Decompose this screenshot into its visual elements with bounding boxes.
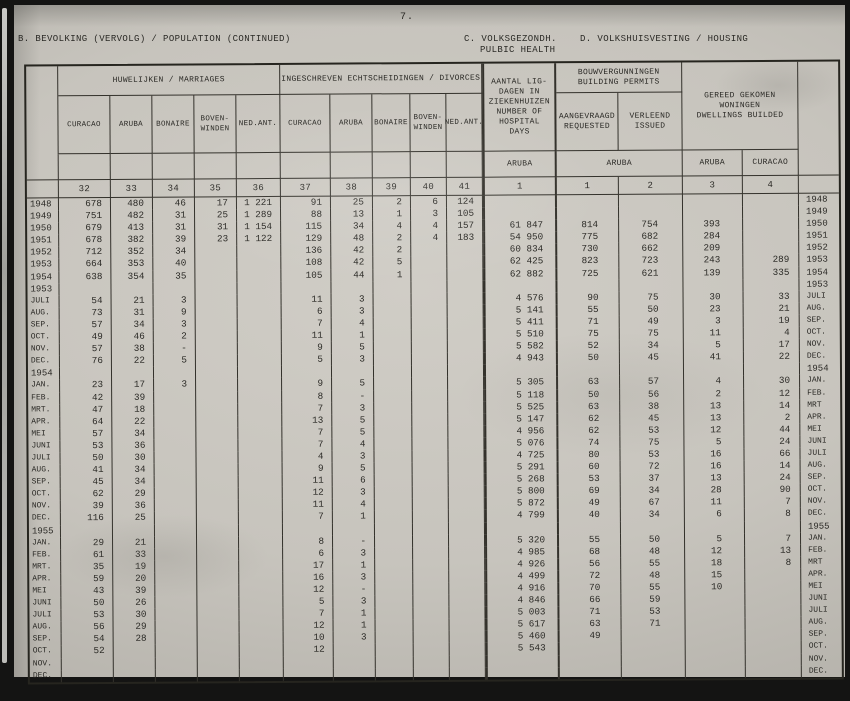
table-cell: 115 — [281, 221, 331, 233]
table-cell: 4 725 — [484, 449, 558, 462]
table-cell — [196, 403, 238, 415]
table-cell: 5 — [373, 257, 411, 269]
row-label-right: JUNI — [801, 593, 841, 605]
table-cell: 7 — [282, 402, 332, 414]
table-cell: 30 — [684, 291, 744, 303]
table-cell: 9 — [283, 463, 333, 475]
table-cell: 24 — [744, 436, 800, 448]
column-number-cell — [799, 176, 839, 194]
table-cell: 75 — [620, 328, 684, 340]
table-cell: 34 — [113, 464, 155, 476]
table-cell — [198, 633, 240, 645]
table-cell — [414, 668, 450, 680]
table-cell: 19 — [744, 315, 800, 327]
column-number: 32 — [59, 180, 111, 198]
row-label-left: AUG. — [30, 622, 62, 634]
table-cell: 23 — [684, 303, 744, 315]
table-cell: 7 — [282, 318, 332, 330]
table-cell — [413, 535, 449, 547]
table-cell — [413, 498, 449, 510]
table-cell: 8 — [283, 535, 333, 547]
row-label-right: FEB. — [800, 387, 840, 399]
table-cell — [237, 257, 281, 269]
table-cell: 63 — [558, 376, 620, 388]
table-cell: 1 122 — [237, 233, 281, 245]
table-cell: 76 — [60, 355, 112, 367]
table-cell — [239, 584, 283, 596]
table-cell: 22 — [744, 351, 800, 363]
table-cell — [374, 353, 412, 365]
table-cell: 90 — [745, 484, 801, 496]
column-number: 33 — [111, 180, 153, 198]
table-cell — [197, 487, 239, 499]
row-label-left: JULI — [29, 609, 61, 621]
table-cell — [745, 569, 801, 581]
table-cell: 3 — [154, 318, 196, 330]
table-cell — [374, 450, 412, 462]
table-cell — [374, 414, 412, 426]
table-cell: 5 — [684, 436, 744, 448]
row-label-right: FEB. — [801, 544, 841, 556]
table-cell: 1 — [333, 511, 375, 523]
table-cell — [448, 341, 484, 353]
table-cell: 39 — [113, 585, 155, 597]
table-cell: 41 — [684, 351, 744, 363]
table-cell: 53 — [60, 440, 112, 452]
column-header-aruba-marriages: ARUBA — [110, 96, 152, 154]
table-cell — [59, 283, 111, 295]
table-cell — [414, 643, 450, 655]
table-cell — [238, 318, 282, 330]
row-label-right: APR. — [801, 568, 841, 580]
table-cell: 59 — [61, 573, 113, 585]
table-cell — [413, 547, 449, 559]
table-cell — [746, 653, 802, 665]
table-cell: 8 — [745, 557, 801, 569]
table-cell — [284, 656, 334, 668]
row-label-right: AUG. — [800, 302, 840, 314]
table-cell: 10 — [284, 632, 334, 644]
table-cell: 3 — [332, 354, 374, 366]
table-cell: 12 — [284, 620, 334, 632]
table-cell — [239, 499, 283, 511]
column-group-building-permits: BOUWVERGUNNINGEN BUILDING PERMITS — [556, 62, 682, 93]
table-cell — [683, 206, 743, 218]
row-label-left: FEB. — [28, 392, 60, 404]
table-cell: 49 — [60, 331, 112, 343]
page-number: 7. — [400, 12, 414, 23]
table-cell: 4 — [333, 499, 375, 511]
table-cell: 3 — [332, 450, 374, 462]
table-cell: 139 — [683, 267, 743, 279]
table-cell — [155, 536, 197, 548]
row-label-right: NOV. — [802, 653, 842, 665]
table-cell: 2 — [744, 411, 800, 423]
row-label-right: MRT — [801, 556, 841, 568]
table-cell — [374, 341, 412, 353]
table-cell — [155, 464, 197, 476]
table-cell — [154, 451, 196, 463]
table-cell: 4 576 — [484, 292, 558, 305]
table-cell: 26 — [113, 597, 155, 609]
table-cell: 4 — [332, 438, 374, 450]
table-cell: 50 — [620, 303, 684, 315]
table-cell: 59 — [621, 594, 685, 606]
table-cell: 48 — [621, 545, 685, 557]
table-cell: 129 — [281, 233, 331, 245]
row-label-right: DEC. — [801, 508, 841, 520]
row-label-left: AUG. — [28, 307, 60, 319]
region-band-cell — [59, 154, 111, 180]
row-label-left: 1949 — [27, 210, 59, 222]
table-cell — [196, 342, 238, 354]
table-cell: 413 — [111, 222, 153, 234]
table-cell: 34 — [621, 485, 685, 497]
table-cell: 18 — [685, 557, 745, 569]
table-cell — [197, 475, 239, 487]
table-cell — [412, 377, 448, 389]
table-cell — [412, 389, 448, 401]
table-cell: 638 — [59, 271, 111, 283]
table-cell — [238, 415, 282, 427]
table-cell: 11 — [283, 475, 333, 487]
table-cell: 136 — [281, 245, 331, 257]
table-cell — [237, 282, 281, 294]
row-label-right: 1953 — [799, 278, 839, 290]
row-label-right: JAN. — [801, 532, 841, 544]
table-cell — [685, 593, 745, 605]
table-cell — [197, 524, 239, 536]
column-number: 37 — [281, 179, 331, 197]
table-cell — [155, 476, 197, 488]
column-header-bovenwinden-marriages: BOVEN- WINDEN — [194, 95, 236, 153]
row-label-left: OCT. — [29, 489, 61, 501]
table-cell: 50 — [558, 352, 620, 364]
table-cell — [373, 281, 411, 293]
column-group-marriages: HUWELIJKEN / MARRIAGES — [58, 65, 280, 96]
table-cell — [744, 363, 800, 375]
table-cell — [448, 365, 484, 377]
table-cell: 62 425 — [483, 256, 557, 269]
table-cell: 2 — [684, 388, 744, 400]
table-cell — [413, 486, 449, 498]
table-cell — [334, 656, 376, 668]
table-cell — [374, 329, 412, 341]
row-label-right: MEI — [800, 423, 840, 435]
table-cell — [375, 571, 413, 583]
table-cell — [559, 521, 621, 533]
table-cell: 13 — [745, 544, 801, 556]
row-label-left: FEB. — [29, 549, 61, 561]
table-cell: 44 — [744, 424, 800, 436]
table-cell: 40 — [153, 258, 195, 270]
table-cell — [238, 439, 282, 451]
table-cell — [447, 244, 483, 256]
table-cell — [448, 353, 484, 365]
table-cell — [155, 488, 197, 500]
table-cell: 21 — [112, 294, 154, 306]
table-cell: 71 — [559, 606, 621, 618]
table-cell: 36 — [112, 440, 154, 452]
table-cell — [413, 522, 449, 534]
row-label-right: 1950 — [799, 218, 839, 230]
column-number: 2 — [619, 176, 683, 194]
table-cell: 5 510 — [484, 328, 558, 341]
table-cell — [281, 281, 331, 293]
table-cell — [198, 669, 240, 681]
table-cell — [686, 629, 746, 641]
table-cell — [486, 667, 560, 680]
table-cell — [196, 439, 238, 451]
row-label-left: SEP. — [29, 476, 61, 488]
table-cell: 38 — [620, 400, 684, 412]
table-cell: 4 916 — [485, 582, 559, 595]
table-cell: 56 — [559, 558, 621, 570]
table-cell: 682 — [619, 231, 683, 243]
column-header-bonaire-marriages: BONAIRE — [152, 95, 194, 153]
table-cell — [196, 294, 238, 306]
table-cell: 3 — [334, 632, 376, 644]
table-cell: 4 — [332, 317, 374, 329]
table-cell — [449, 559, 485, 571]
table-cell: 56 — [62, 621, 114, 633]
table-cell: 5 268 — [485, 473, 559, 486]
table-cell: 13 — [684, 400, 744, 412]
table-cell: 54 — [60, 295, 112, 307]
table-cell — [686, 617, 746, 629]
table-cell: 34 — [113, 476, 155, 488]
table-cell: 17 — [744, 339, 800, 351]
table-cell: 53 — [61, 609, 113, 621]
table-cell: 74 — [558, 437, 620, 449]
table-cell: 56 — [620, 388, 684, 400]
table-cell — [376, 656, 414, 668]
column-number: 34 — [153, 179, 195, 197]
table-cell — [111, 282, 153, 294]
dwellings-header-line: DWELLINGS BUILDED — [683, 110, 796, 121]
table-cell — [239, 475, 283, 487]
table-cell: 1 — [333, 608, 375, 620]
table-cell — [239, 487, 283, 499]
table-cell — [197, 560, 239, 572]
row-label-left: 1952 — [27, 247, 59, 259]
table-cell: 105 — [447, 208, 483, 220]
table-cell: 50 — [621, 533, 685, 545]
table-cell: 18 — [112, 403, 154, 415]
table-cell — [413, 595, 449, 607]
table-cell — [412, 317, 448, 329]
row-label-right: APR. — [800, 411, 840, 423]
table-cell: 62 882 — [483, 268, 557, 281]
table-cell: 5 460 — [486, 631, 560, 644]
table-cell: 45 — [620, 352, 684, 364]
table-cell — [197, 572, 239, 584]
table-cell: 3 — [411, 208, 447, 220]
table-cell: 50 — [61, 597, 113, 609]
table-cell: 14 — [744, 399, 800, 411]
table-cell: 29 — [61, 537, 113, 549]
table-cell: 63 — [558, 400, 620, 412]
table-cell: 90 — [558, 292, 620, 304]
table-cell — [375, 511, 413, 523]
table-cell: 31 — [153, 210, 195, 222]
table-cell — [557, 207, 619, 219]
label-column-header-left — [26, 66, 59, 154]
table-cell: 3 — [333, 487, 375, 499]
table-cell: 61 847 — [483, 219, 557, 232]
column-header-permits-requested: AANGEVRAAGD REQUESTED — [556, 93, 618, 151]
table-cell: 45 — [61, 476, 113, 488]
table-cell — [331, 281, 373, 293]
table-cell: 4 — [282, 451, 332, 463]
table-cell: 44 — [331, 269, 373, 281]
column-header-aruba-divorces: ARUBA — [330, 94, 372, 152]
table-cell — [239, 523, 283, 535]
issued-header-line: ISSUED — [619, 121, 680, 131]
region-band-cell — [373, 152, 411, 178]
table-cell: 31 — [153, 222, 195, 234]
row-label-right: SEP. — [800, 314, 840, 326]
table-cell: 62 — [558, 413, 620, 425]
table-cell — [483, 207, 557, 220]
table-cell — [114, 645, 156, 657]
table-cell: 62 — [558, 425, 620, 437]
table-cell: 2 — [373, 196, 411, 208]
table-cell — [412, 414, 448, 426]
table-cell — [155, 512, 197, 524]
table-cell: 2 — [373, 245, 411, 257]
table-cell: 5 320 — [485, 534, 559, 547]
table-cell — [483, 280, 557, 293]
table-cell: 75 — [620, 436, 684, 448]
table-cell: 38 — [112, 343, 154, 355]
table-cell — [155, 560, 197, 572]
table-cell: 12 — [283, 584, 333, 596]
table-cell: 70 — [559, 582, 621, 594]
table-cell — [746, 629, 802, 641]
table-cell — [198, 657, 240, 669]
table-cell — [450, 631, 486, 643]
row-label-left: JULI — [28, 295, 60, 307]
table-cell: 15 — [685, 569, 745, 581]
table-cell — [155, 548, 197, 560]
table-cell — [240, 620, 284, 632]
table-cell: 19 — [113, 561, 155, 573]
table-cell — [156, 669, 198, 681]
hospital-header-line: HOSPITAL — [485, 117, 553, 127]
table-cell — [686, 666, 746, 678]
table-cell — [683, 279, 743, 291]
table-cell: 124 — [447, 196, 483, 208]
row-label-left: JUNI — [28, 440, 60, 452]
table-cell: 34 — [112, 427, 154, 439]
column-number: 39 — [373, 178, 411, 196]
table-cell: 43 — [61, 585, 113, 597]
table-cell — [557, 195, 619, 207]
statistics-table: HUWELIJKEN / MARRIAGES INGESCHREVEN ECHT… — [24, 60, 844, 685]
table-cell: 49 — [560, 630, 622, 642]
table-cell — [239, 536, 283, 548]
row-label-right: MRT — [800, 399, 840, 411]
table-cell: 50 — [558, 388, 620, 400]
table-cell: 335 — [743, 266, 799, 278]
table-cell: 11 — [283, 499, 333, 511]
table-cell: 57 — [60, 319, 112, 331]
table-cell — [449, 498, 485, 510]
table-cell: 55 — [558, 304, 620, 316]
region-header-aruba-dwellings: ARUBA — [683, 150, 743, 176]
table-cell — [238, 330, 282, 342]
table-cell: 5 — [154, 355, 196, 367]
table-cell: 2 — [154, 330, 196, 342]
row-label-right: SEP. — [801, 472, 841, 484]
table-cell: 23 — [195, 233, 237, 245]
table-cell — [376, 668, 414, 680]
table-cell: 5 872 — [485, 498, 559, 511]
table-cell: 3 — [332, 293, 374, 305]
table-cell — [450, 655, 486, 667]
row-label-left: MEI — [29, 585, 61, 597]
table-cell — [334, 644, 376, 656]
table-cell — [375, 559, 413, 571]
table-cell — [448, 329, 484, 341]
table-cell: 1 — [373, 208, 411, 220]
row-label-right: DEC. — [800, 351, 840, 363]
table-cell: 4 — [373, 220, 411, 232]
table-cell — [685, 521, 745, 533]
table-cell: 4 985 — [485, 546, 559, 559]
table-cell — [198, 645, 240, 657]
table-cell: 353 — [111, 258, 153, 270]
table-cell — [195, 282, 237, 294]
table-cell — [240, 644, 284, 656]
row-label-right: OCT. — [801, 484, 841, 496]
table-cell: 9 — [282, 342, 332, 354]
table-cell — [375, 547, 413, 559]
table-cell — [412, 450, 448, 462]
table-cell: 46 — [112, 331, 154, 343]
table-cell: 40 — [559, 509, 621, 521]
requested-header-line: AANGEVRAAGD — [557, 111, 616, 121]
row-label-right: 1953 — [799, 254, 839, 266]
table-cell: 5 — [282, 354, 332, 366]
table-cell — [197, 536, 239, 548]
table-cell — [196, 451, 238, 463]
row-label-left: MRT. — [29, 561, 61, 573]
table-cell: 5 076 — [484, 437, 558, 450]
table-cell — [240, 656, 284, 668]
table-cell — [239, 548, 283, 560]
region-band-cell — [281, 153, 331, 179]
row-label-left: DEC. — [29, 513, 61, 525]
table-cell — [743, 278, 799, 290]
table-cell: 17 — [283, 559, 333, 571]
table-cell — [196, 415, 238, 427]
table-cell — [238, 306, 282, 318]
table-cell: 382 — [111, 234, 153, 246]
table-cell: 5 305 — [484, 377, 558, 390]
row-label-right: 1949 — [799, 206, 839, 218]
table-cell — [685, 605, 745, 617]
section-title-public-health-sub: PULBIC HEALTH — [480, 45, 555, 55]
table-cell: 6 — [283, 547, 333, 559]
table-cell — [449, 571, 485, 583]
table-cell — [197, 512, 239, 524]
row-label-right: 1955 — [801, 520, 841, 532]
table-cell: 53 — [620, 424, 684, 436]
row-label-left: JAN. — [29, 537, 61, 549]
table-cell — [61, 524, 113, 536]
